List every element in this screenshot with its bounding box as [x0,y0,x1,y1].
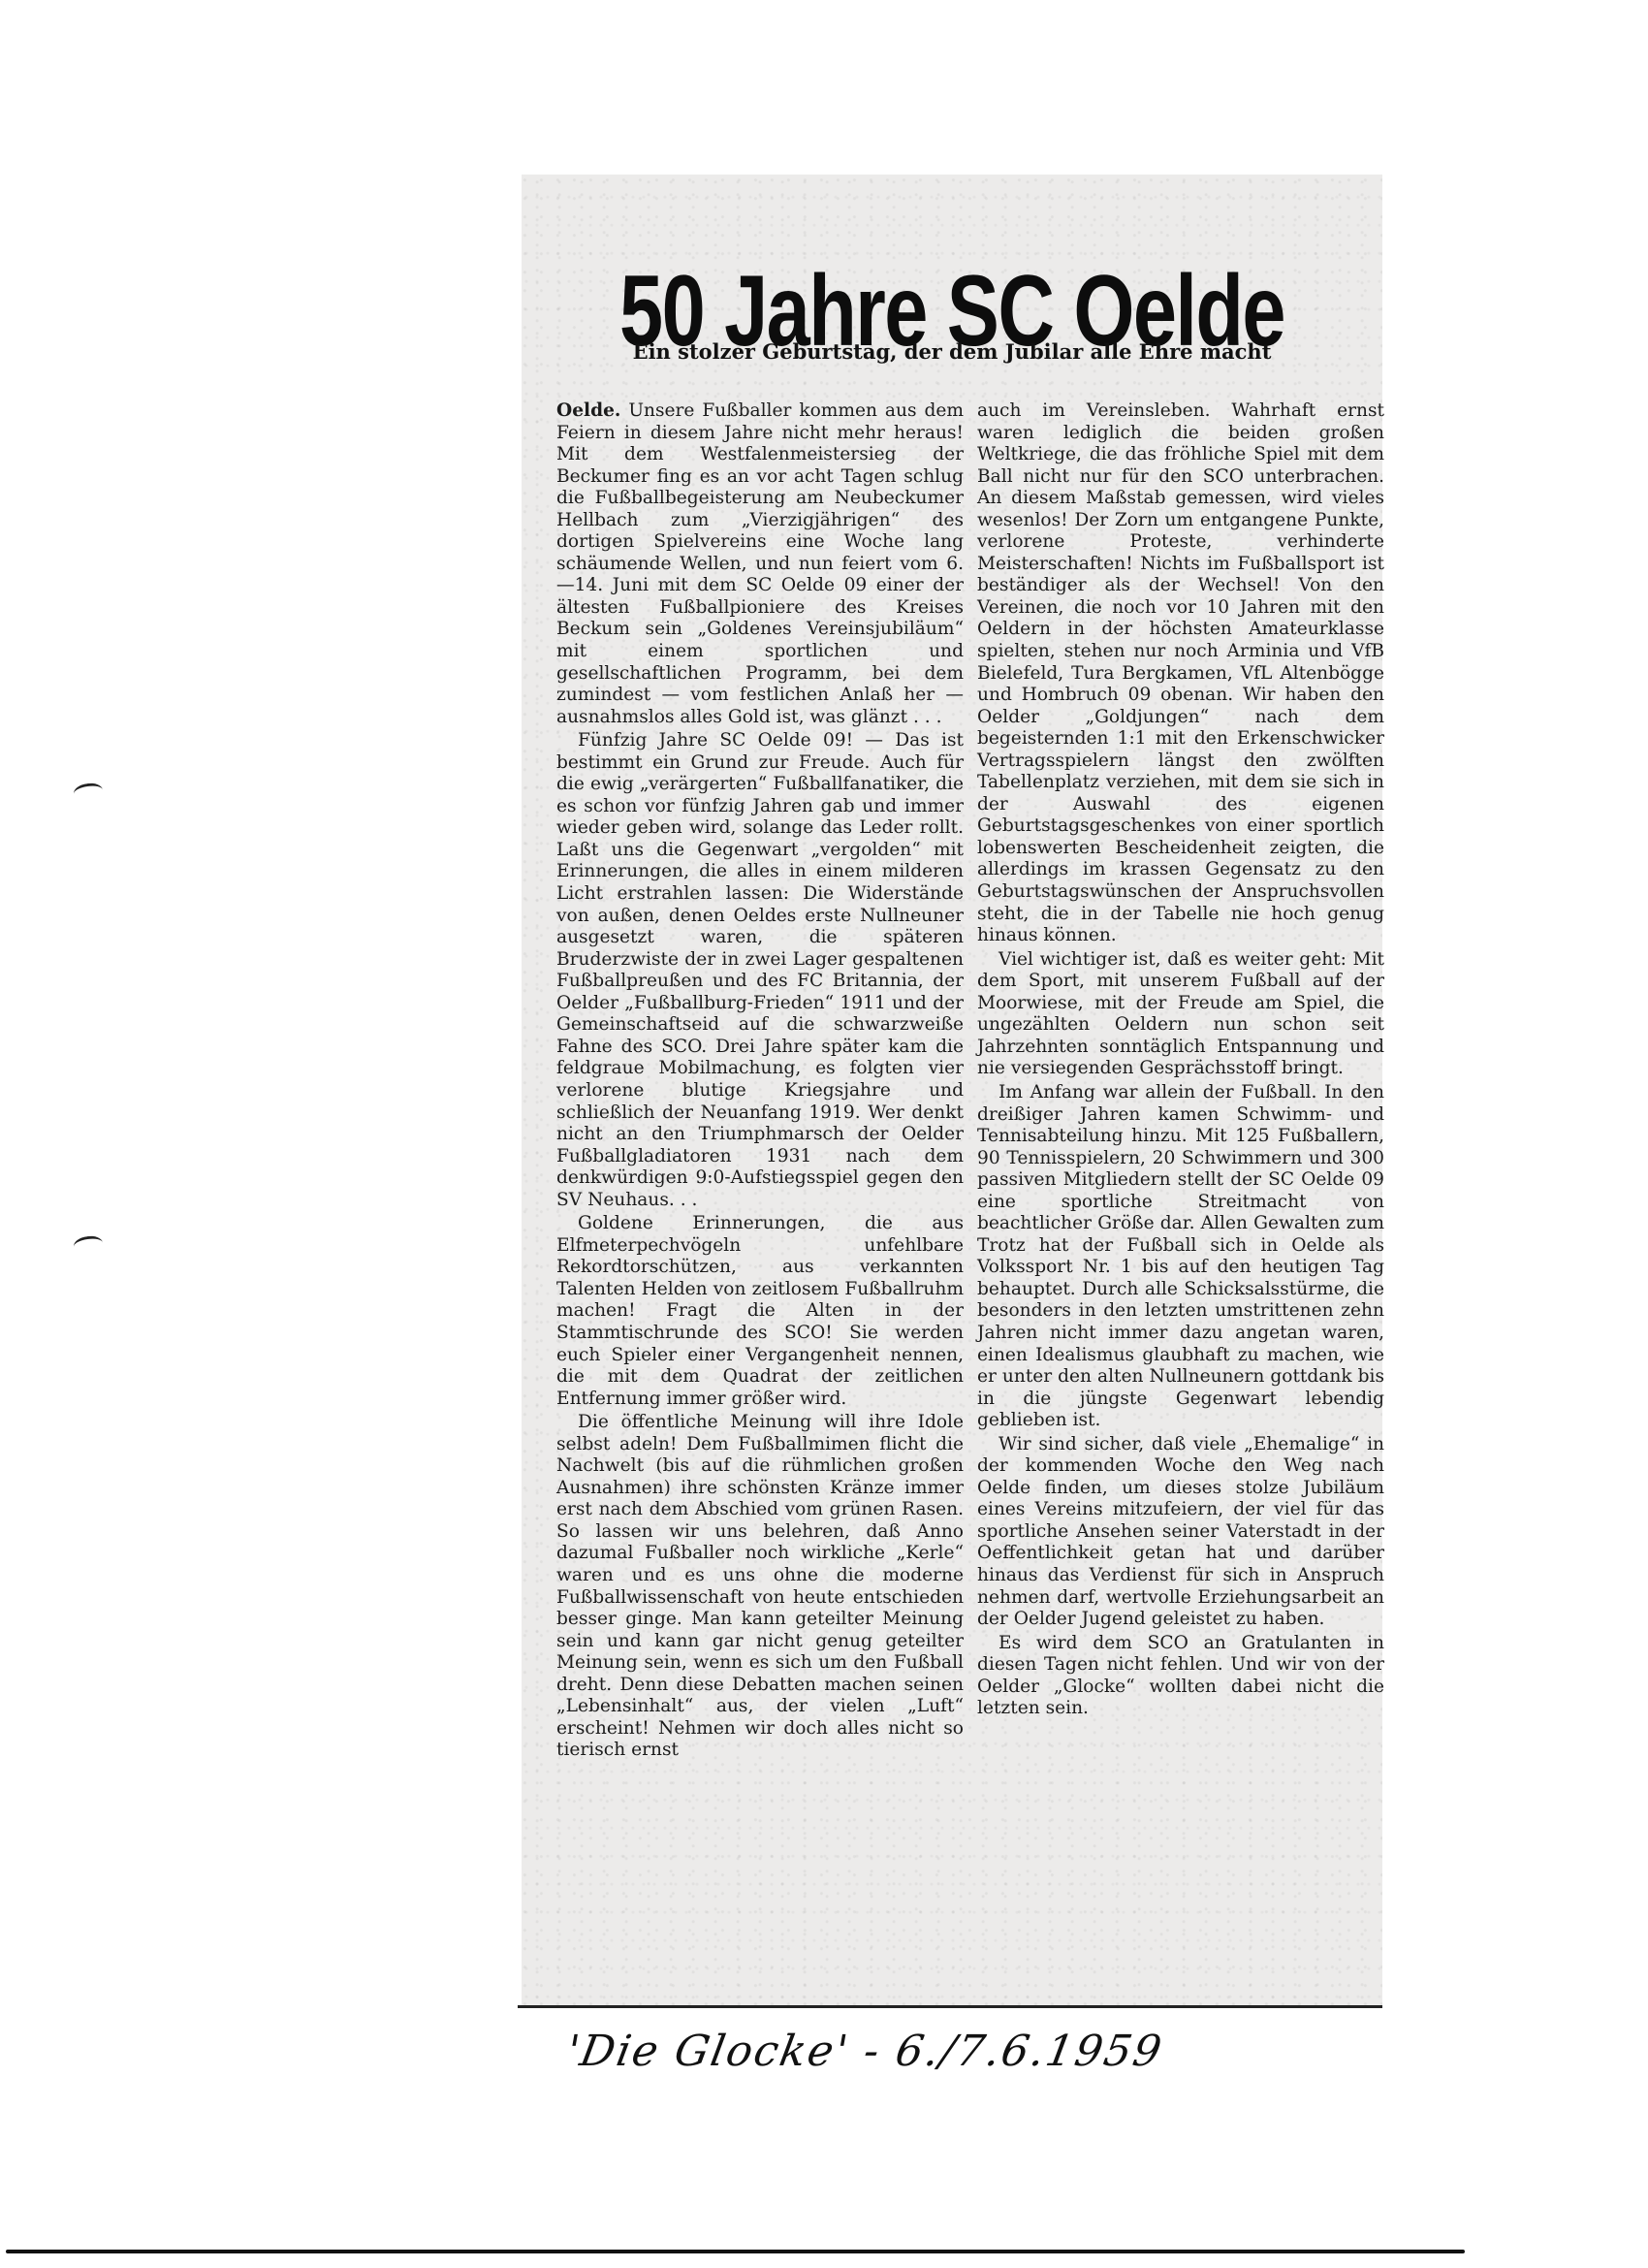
handwritten-source-note: 'Die Glocke' - 6./7.6.1959 [563,2027,1270,2076]
punch-hole-mark-top [73,782,104,802]
newspaper-clipping: 50 Jahre SC Oelde Ein stolzer Geburtstag… [522,175,1382,2005]
paragraph: Es wird dem SCO an Gratulanten in diesen… [977,1633,1384,1720]
article-column-right: auch im Vereinsleben. Wahrhaft ernst war… [977,400,1384,1722]
paragraph: Viel wichtiger ist, daß es weiter geht: … [977,949,1384,1080]
paragraph: Fünfzig Jahre SC Oelde 09! — Das ist bes… [556,730,964,1211]
subheadline: Ein stolzer Geburtstag, der dem Jubilar … [522,339,1382,364]
paragraph: Wir sind sicher, daß viele „Ehemalige“ i… [977,1434,1384,1631]
dateline: Oelde. [556,400,620,421]
page-bottom-line [6,2250,1465,2253]
paragraph: Oelde. Unsere Fußballer kommen aus dem F… [556,400,964,728]
paragraph: auch im Vereinsleben. Wahrhaft ernst war… [977,400,1384,947]
clipping-bottom-rule [518,2005,1382,2008]
article-column-left: Oelde. Unsere Fußballer kommen aus dem F… [556,400,964,1764]
paragraph: Die öffentliche Meinung will ihre Idole … [556,1412,964,1762]
paragraph: Goldene Erinnerungen, die aus Elfmeterpe… [556,1213,964,1410]
paragraph: Im Anfang war allein der Fußball. In den… [977,1082,1384,1432]
punch-hole-mark-bottom [73,1234,104,1255]
